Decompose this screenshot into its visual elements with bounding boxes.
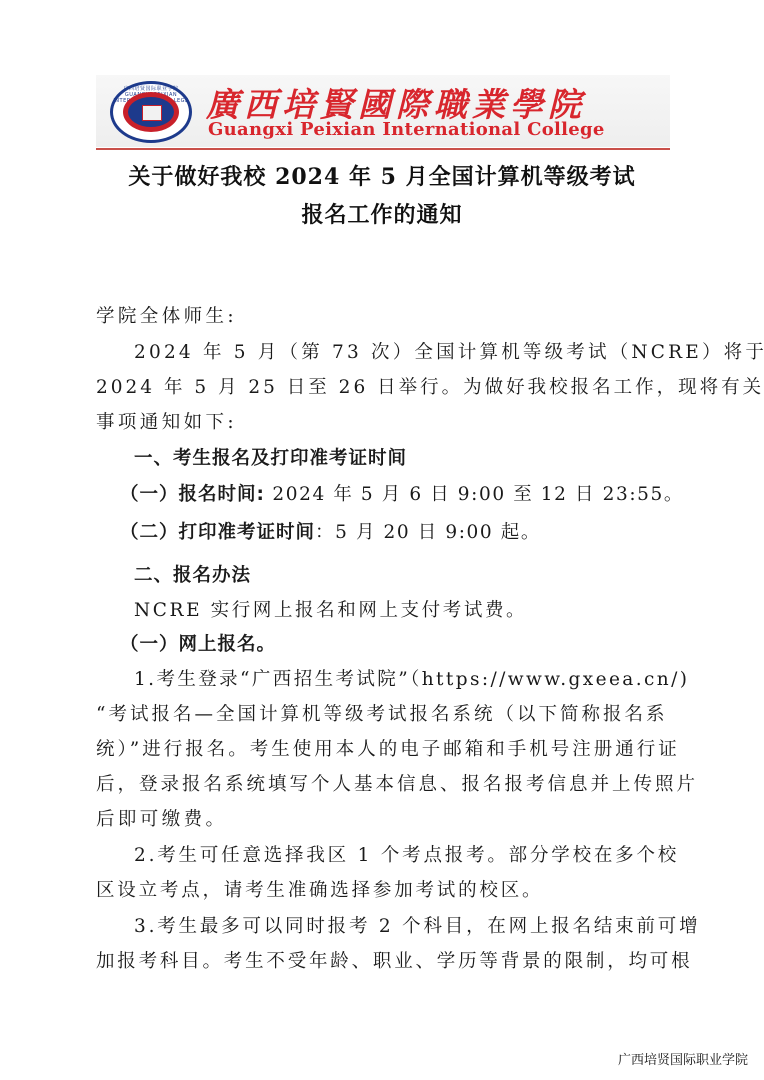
section-2-intro: NCRE 实行网上报名和网上支付考试费。 — [134, 596, 527, 622]
intro-line-3: 事项通知如下: — [96, 408, 237, 434]
book-icon — [142, 105, 162, 121]
college-name-english: Guangxi Peixian International College — [208, 119, 605, 140]
salutation: 学院全体师生: — [96, 302, 237, 328]
intro-line-1: 2024 年 5 月（第 73 次）全国计算机等级考试（NCRE）将于 — [134, 338, 764, 364]
item-text: 2024 年 5 月 6 日 9:00 至 12 日 23:55。 — [265, 484, 684, 505]
item-1-line-4: 后，登录报名系统填写个人基本信息、报名报考信息并上传照片 — [96, 770, 698, 796]
section-1-heading: 一、考生报名及打印准考证时间 — [134, 444, 407, 470]
item-2-line-2: 区设立考点，请考生准确选择参加考试的校区。 — [96, 876, 543, 902]
college-logo-icon: 广西培贤国际职业学院 GUANGXI PEIXIAN INTERNATIONAL… — [110, 81, 192, 143]
item-label: （二）打印准考证时间 — [120, 522, 315, 543]
college-header-banner: 广西培贤国际职业学院 GUANGXI PEIXIAN INTERNATIONAL… — [96, 75, 670, 147]
item-text: ：5 月 20 日 9:00 起。 — [315, 522, 541, 543]
section-2-heading: 二、报名办法 — [134, 561, 251, 587]
section-1-item-2: （二）打印准考证时间：5 月 20 日 9:00 起。 — [120, 518, 541, 544]
section-1-item-1: （一）报名时间: 2024 年 5 月 6 日 9:00 至 12 日 23:5… — [120, 480, 684, 506]
item-1-line-5: 后即可缴费。 — [96, 805, 227, 831]
item-1-line-3: 统）”进行报名。考生使用本人的电子邮箱和手机号注册通行证 — [96, 735, 680, 761]
header-divider — [96, 148, 670, 150]
item-3-line-1: 3.考生最多可以同时报考 2 个科目，在网上报名结束前可增 — [134, 912, 700, 938]
section-2-sub-heading: （一）网上报名。 — [120, 630, 276, 656]
item-label: （一）报名时间: — [120, 484, 265, 505]
intro-line-2: 2024 年 5 月 25 日至 26 日举行。为做好我校报名工作，现将有关 — [96, 373, 764, 399]
document-title-line-1: 关于做好我校 2024 年 5 月全国计算机等级考试 — [0, 160, 764, 191]
footer-watermark: 广西培贤国际职业学院 — [618, 1049, 748, 1068]
document-title-line-2: 报名工作的通知 — [0, 198, 764, 229]
logo-emblem — [123, 92, 179, 132]
item-3-line-2: 加报考科目。考生不受年龄、职业、学历等背景的限制，均可根 — [96, 947, 692, 973]
item-1-line-2: “考试报名—全国计算机等级考试报名系统（以下简称报名系 — [96, 700, 667, 726]
item-2-line-1: 2.考生可任意选择我区 1 个考点报考。部分学校在多个校 — [134, 841, 679, 867]
item-1-line-1: 1.考生登录“广西招生考试院”（https://www.gxeea.cn/) — [134, 665, 689, 691]
